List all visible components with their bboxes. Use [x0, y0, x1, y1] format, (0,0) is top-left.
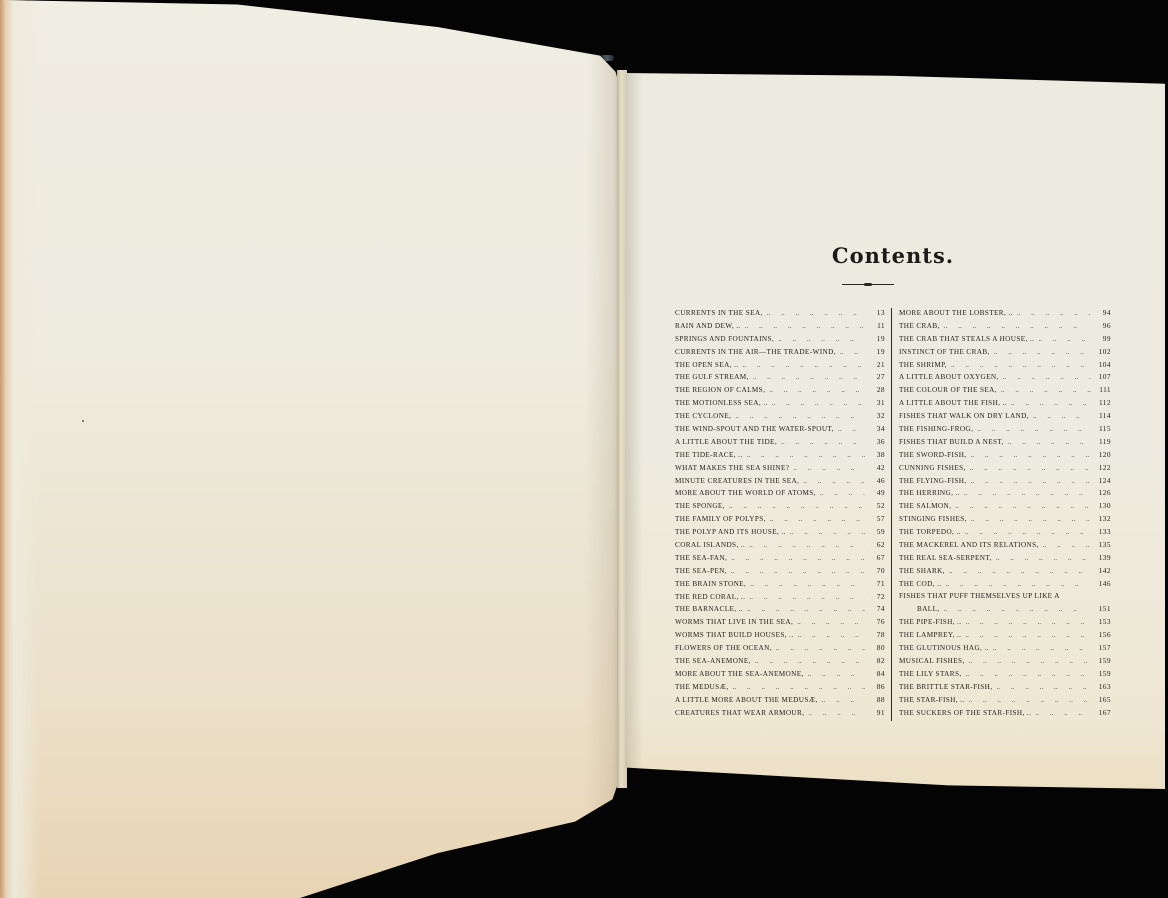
toc-entry-page: 146 [1091, 579, 1111, 588]
toc-entry: Creatures that Wear Armour,.. .. .. .. .… [675, 708, 885, 721]
toc-entry-page: 135 [1091, 540, 1111, 549]
toc-entry: Rain and Dew, .... .. .. .. .. .. .. .. … [675, 321, 885, 334]
toc-entry: The Sponge,.. .. .. .. .. .. .. .. .. ..… [675, 501, 885, 514]
toc-entry: The Tide-Race, .... .. .. .. .. .. .. ..… [675, 450, 885, 463]
toc-leader-dots: .. .. .. .. .. .. .. .. .. .. [942, 580, 1091, 588]
toc-entry-title: The Sword-Fish, [899, 451, 967, 459]
toc-entry-page: 153 [1091, 617, 1111, 626]
toc-leader-dots: .. .. .. .. .. .. .. .. .. .. [741, 322, 865, 330]
title-ornament-rule [842, 284, 894, 285]
toc-entry-page: 70 [865, 566, 885, 575]
toc-entry-page: 86 [865, 682, 885, 691]
toc-entry: The Polyp and its House, .... .. .. .. .… [675, 527, 885, 540]
toc-entry-title: The Crab that Steals a House, .. [899, 335, 1034, 343]
toc-leader-dots: .. .. .. .. .. .. .. .. .. .. [947, 361, 1091, 369]
toc-leader-dots: .. .. .. .. .. .. .. .. .. .. [967, 477, 1091, 485]
toc-entry: The Crab that Steals a House, .... .. ..… [899, 334, 1111, 347]
toc-entry-title: More about the Lobster, .. [899, 309, 1013, 317]
toc-entry: The Sword-Fish,.. .. .. .. .. .. .. .. .… [899, 450, 1111, 463]
toc-entry-title: Instinct of the Crab, [899, 348, 990, 356]
toc-entry-page: 133 [1091, 527, 1111, 536]
toc-entry: Worms that Build Houses, .... .. .. .. .… [675, 630, 885, 643]
toc-entry-title: The Lily Stars, [899, 670, 962, 678]
toc-entry: Fishes that Puff themselves up like a [899, 592, 1111, 605]
toc-entry-title: The Sea-Anemone, [675, 657, 751, 665]
toc-leader-dots: .. .. .. .. .. .. .. .. .. .. [834, 425, 865, 433]
toc-entry-title: The Glutinous Hag, .. [899, 644, 989, 652]
toc-entry-title: The Shark, [899, 567, 945, 575]
toc-leader-dots: .. .. .. .. .. .. .. .. .. .. [945, 567, 1091, 575]
toc-entry-page: 142 [1091, 566, 1111, 575]
toc-leader-dots: .. .. .. .. .. .. .. .. .. .. [729, 683, 865, 691]
toc-entry: Fishes that Build a Nest,.. .. .. .. .. … [899, 437, 1111, 450]
toc-entry: The Shark,.. .. .. .. .. .. .. .. .. ..1… [899, 566, 1111, 579]
toc-leader-dots: .. .. .. .. .. .. .. .. .. .. [749, 373, 865, 381]
toc-entry-page: 21 [865, 360, 885, 369]
toc-entry-title: Cunning Fishes, [899, 464, 966, 472]
toc-entry: The Brain Stone,.. .. .. .. .. .. .. .. … [675, 579, 885, 592]
toc-entry-title: The Lamprey, .. [899, 631, 961, 639]
toc-entry: Fishes that Walk on Dry Land,.. .. .. ..… [899, 411, 1111, 424]
toc-entry: The Glutinous Hag, .... .. .. .. .. .. .… [899, 643, 1111, 656]
toc-entry-page: 167 [1091, 708, 1111, 717]
toc-entry-title: The Barnacle, .. [675, 605, 743, 613]
toc-entry-page: 126 [1091, 488, 1111, 497]
toc-entry-page: 96 [1091, 321, 1111, 330]
toc-entry-page: 91 [865, 708, 885, 717]
toc-entry-page: 114 [1091, 411, 1111, 420]
toc-entry: The Gulf Stream,.. .. .. .. .. .. .. .. … [675, 372, 885, 385]
toc-entry-title: The Gulf Stream, [675, 373, 749, 381]
toc-leader-dots: .. .. .. .. .. .. .. .. .. .. [768, 399, 865, 407]
toc-entry: Cunning Fishes,.. .. .. .. .. .. .. .. .… [899, 463, 1111, 476]
toc-entry-title: The Suckers of the Star-Fish, .. [899, 709, 1031, 717]
toc-entry-page: 67 [865, 553, 885, 562]
toc-entry-page: 159 [1091, 669, 1111, 678]
toc-entry-page: 120 [1091, 450, 1111, 459]
toc-entry: More about the Sea-Anemone,.. .. .. .. .… [675, 669, 885, 682]
toc-entry-title: More about the Sea-Anemone, [675, 670, 804, 678]
toc-leader-dots: .. .. .. .. .. .. .. .. .. .. [997, 386, 1091, 394]
toc-entry-title: The Open Sea, .. [675, 361, 739, 369]
toc-leader-dots: .. .. .. .. .. .. .. .. .. .. [745, 593, 865, 601]
toc-entry-page: 165 [1091, 695, 1111, 704]
toc-leader-dots: .. .. .. .. .. .. .. .. .. .. [793, 618, 865, 626]
toc-leader-dots: .. .. .. .. .. .. .. .. .. .. [743, 605, 865, 613]
toc-leader-dots: .. .. .. .. .. .. .. .. .. .. [965, 696, 1091, 704]
toc-entry-title: Worms that Live in the Sea, [675, 618, 793, 626]
toc-leader-dots: .. .. .. .. .. .. .. .. .. .. [962, 670, 1091, 678]
toc-entry-title: The Brittle Star-Fish, [899, 683, 992, 691]
toc-entry: The Cyclone,.. .. .. .. .. .. .. .. .. .… [675, 411, 885, 424]
toc-entry-page: 88 [865, 695, 885, 704]
toc-entry-title: The Real Sea-Serpent, [899, 554, 992, 562]
toc-entry-title: Springs and Fountains, [675, 335, 774, 343]
toc-entry: Musical Fishes,.. .. .. .. .. .. .. .. .… [899, 656, 1111, 669]
toc-entry-title: Fishes that Build a Nest, [899, 438, 1004, 446]
toc-leader-dots: .. .. .. .. .. .. .. .. .. .. [751, 657, 865, 665]
toc-leader-dots: .. .. .. .. .. .. .. .. .. .. [940, 322, 1091, 330]
toc-entry: The Sea-Pen,.. .. .. .. .. .. .. .. .. .… [675, 566, 885, 579]
toc-entry-page: 151 [1091, 604, 1111, 613]
toc-leader-dots: .. .. .. .. .. .. .. .. .. .. [774, 335, 865, 343]
toc-entry-page: 107 [1091, 372, 1111, 381]
toc-entry-page: 19 [865, 334, 885, 343]
toc-entry: The Open Sea, .... .. .. .. .. .. .. .. … [675, 360, 885, 373]
toc-entry: What makes the Sea Shine?.. .. .. .. .. … [675, 463, 885, 476]
toc-entry-title: The Polyp and its House, .. [675, 528, 786, 536]
toc-entry-title: The Pipe-Fish, .. [899, 618, 962, 626]
toc-leader-dots: .. .. .. .. .. .. .. .. .. .. [1039, 541, 1091, 549]
toc-entry: Ball,.. .. .. .. .. .. .. .. .. ..151 [899, 604, 1111, 617]
toc-leader-dots: .. .. .. .. .. .. .. .. .. .. [794, 631, 865, 639]
toc-entry-title: The Star-Fish, .. [899, 696, 965, 704]
toc-entry-page: 104 [1091, 360, 1111, 369]
toc-entry-title: Worms that Build Houses, .. [675, 631, 794, 639]
toc-entry-page: 72 [865, 592, 885, 601]
toc-entry-page: 84 [865, 669, 885, 678]
toc-entry: Instinct of the Crab,.. .. .. .. .. .. .… [899, 347, 1111, 360]
toc-leader-dots: .. .. .. .. .. .. .. .. .. .. [967, 515, 1091, 523]
toc-entry-page: 82 [865, 656, 885, 665]
toc-entry-title: The Sea-Pen, [675, 567, 727, 575]
toc-entry-title: The Cod, .. [899, 580, 942, 588]
toc-entry-page: 111 [1091, 385, 1111, 394]
toc-entry-title: The Red Coral, .. [675, 593, 745, 601]
toc-leader-dots: .. .. .. .. .. .. .. .. .. .. [777, 438, 865, 446]
toc-leader-dots: .. .. .. .. .. .. .. .. .. .. [960, 489, 1091, 497]
toc-entry-title: Flowers of the Ocean, [675, 644, 772, 652]
toc-leader-dots: .. .. .. .. .. .. .. .. .. .. [731, 412, 865, 420]
toc-leader-dots: .. .. .. .. .. .. .. .. .. .. [765, 386, 865, 394]
toc-entry-page: 76 [865, 617, 885, 626]
toc-entry-page: 112 [1091, 398, 1111, 407]
toc-entry-page: 19 [865, 347, 885, 356]
toc-entry-title: The Mackerel and its Relations, [899, 541, 1039, 549]
toc-entry-page: 46 [865, 476, 885, 485]
toc-entry-page: 78 [865, 630, 885, 639]
toc-entry-page: 132 [1091, 514, 1111, 523]
toc-entry-page: 80 [865, 643, 885, 652]
toc-entry-page: 163 [1091, 682, 1111, 691]
toc-leader-dots: .. .. .. .. .. .. .. .. .. .. [992, 554, 1091, 562]
toc-leader-dots: .. .. .. .. .. .. .. .. .. .. [992, 683, 1091, 691]
toc-entry: The Pipe-Fish, .... .. .. .. .. .. .. ..… [899, 617, 1111, 630]
toc-entry: The Star-Fish, .... .. .. .. .. .. .. ..… [899, 695, 1111, 708]
table-of-contents: Currents in the Sea,.. .. .. .. .. .. ..… [675, 308, 1107, 721]
toc-entry-title: The Salmon, [899, 502, 951, 510]
toc-leader-dots: .. .. .. .. .. .. .. .. .. .. [1029, 412, 1091, 420]
toc-entry: The Lily Stars,.. .. .. .. .. .. .. .. .… [899, 669, 1111, 682]
toc-entry-title: What makes the Sea Shine? [675, 464, 789, 472]
toc-entry-title: The Fishing-Frog, [899, 425, 973, 433]
toc-entry-page: 13 [865, 308, 885, 317]
toc-leader-dots: .. .. .. .. .. .. .. .. .. .. [973, 425, 1091, 433]
left-blank-page [0, 0, 625, 898]
toc-entry-title: The Flying-Fish, [899, 477, 967, 485]
toc-entry-title: Currents in the Sea, [675, 309, 763, 317]
paper-spot [82, 420, 84, 422]
toc-entry: A Little More about the Medusæ,.. .. .. … [675, 695, 885, 708]
toc-entry-page: 32 [865, 411, 885, 420]
toc-entry: The Family of Polyps,.. .. .. .. .. .. .… [675, 514, 885, 527]
toc-entry-page: 119 [1091, 437, 1111, 446]
toc-entry-page: 156 [1091, 630, 1111, 639]
toc-entry-title: Ball, [899, 605, 940, 613]
toc-leader-dots: .. .. .. .. .. .. .. .. .. .. [962, 618, 1091, 626]
toc-leader-dots: .. .. .. .. .. .. .. .. .. .. [725, 502, 865, 510]
contents-page: Contents. Currents in the Sea,.. .. .. .… [625, 73, 1165, 789]
toc-column-left: Currents in the Sea,.. .. .. .. .. .. ..… [675, 308, 892, 721]
toc-entry: Minute Creatures in the Sea,.. .. .. .. … [675, 476, 885, 489]
toc-leader-dots: .. .. .. .. .. .. .. .. .. .. [999, 373, 1091, 381]
toc-leader-dots: .. .. .. .. .. .. .. .. .. .. [816, 489, 865, 497]
toc-entry-title: The Crab, [899, 322, 940, 330]
toc-entry: The Cod, .... .. .. .. .. .. .. .. .. ..… [899, 579, 1111, 592]
toc-leader-dots: .. .. .. .. .. .. .. .. .. .. [743, 451, 865, 459]
toc-entry-page: 27 [865, 372, 885, 381]
toc-entry-title: More about the World of Atoms, [675, 489, 816, 497]
toc-leader-dots: .. .. .. .. .. .. .. .. .. .. [1004, 438, 1091, 446]
toc-entry: The Motionless Sea, .... .. .. .. .. .. … [675, 398, 885, 411]
toc-entry-title: A Little about the Tide, [675, 438, 777, 446]
toc-leader-dots: .. .. .. .. .. .. .. .. .. .. [1034, 335, 1091, 343]
toc-entry: The Fishing-Frog,.. .. .. .. .. .. .. ..… [899, 424, 1111, 437]
toc-entry: The Sea-Anemone,.. .. .. .. .. .. .. .. … [675, 656, 885, 669]
toc-entry: More about the Lobster, .... .. .. .. ..… [899, 308, 1111, 321]
toc-leader-dots: .. .. .. .. .. .. .. .. .. .. [966, 464, 1091, 472]
toc-entry-title: A Little More about the Medusæ, [675, 696, 818, 704]
toc-entry: The Lamprey, .... .. .. .. .. .. .. .. .… [899, 630, 1111, 643]
toc-leader-dots: .. .. .. .. .. .. .. .. .. .. [804, 670, 865, 678]
toc-entry-title: Musical Fishes, [899, 657, 965, 665]
toc-entry-page: 36 [865, 437, 885, 446]
toc-entry-page: 130 [1091, 501, 1111, 510]
toc-entry-title: Creatures that Wear Armour, [675, 709, 804, 717]
open-book-photo: Contents. Currents in the Sea,.. .. .. .… [0, 0, 1168, 898]
toc-entry: Currents in the Air—the Trade-Wind,.. ..… [675, 347, 885, 360]
toc-leader-dots: .. .. .. .. .. .. .. .. .. .. [772, 644, 865, 652]
toc-leader-dots: .. .. .. .. .. .. .. .. .. .. [951, 502, 1091, 510]
toc-entry-title: The Wind-Spout and the Water-Spout, [675, 425, 834, 433]
toc-entry: The Mackerel and its Relations,.. .. .. … [899, 540, 1111, 553]
toc-entry-page: 115 [1091, 424, 1111, 433]
toc-entry: Stinging Fishes,.. .. .. .. .. .. .. .. … [899, 514, 1111, 527]
toc-entry-title: The Family of Polyps, [675, 515, 766, 523]
toc-entry-title: Fishes that Puff themselves up like a [899, 592, 1060, 600]
toc-entry-page: 52 [865, 501, 885, 510]
page-title: Contents. [623, 243, 1163, 268]
toc-entry-page: 31 [865, 398, 885, 407]
toc-entry-page: 11 [865, 321, 885, 330]
toc-entry-title: A Little about the Fish, .. [899, 399, 1007, 407]
toc-leader-dots: .. .. .. .. .. .. .. .. .. .. [989, 644, 1091, 652]
toc-leader-dots: .. .. .. .. .. .. .. .. .. .. [799, 477, 865, 485]
toc-entry-page: 124 [1091, 476, 1111, 485]
toc-entry-page: 34 [865, 424, 885, 433]
toc-entry: The Barnacle, .... .. .. .. .. .. .. .. … [675, 604, 885, 617]
toc-column-right: More about the Lobster, .... .. .. .. ..… [892, 308, 1111, 721]
toc-entry-page: 28 [865, 385, 885, 394]
toc-entry: The Brittle Star-Fish,.. .. .. .. .. .. … [899, 682, 1111, 695]
toc-leader-dots: .. .. .. .. .. .. .. .. .. .. [745, 541, 865, 549]
toc-entry-page: 122 [1091, 463, 1111, 472]
toc-leader-dots: .. .. .. .. .. .. .. .. .. .. [804, 709, 865, 717]
toc-leader-dots: .. .. .. .. .. .. .. .. .. .. [961, 528, 1091, 536]
toc-entry-title: The Tide-Race, .. [675, 451, 743, 459]
toc-leader-dots: .. .. .. .. .. .. .. .. .. .. [990, 348, 1091, 356]
toc-leader-dots: .. .. .. .. .. .. .. .. .. .. [818, 696, 865, 704]
toc-leader-dots: .. .. .. .. .. .. .. .. .. .. [739, 361, 866, 369]
toc-entry-page: 159 [1091, 656, 1111, 665]
toc-entry-title: A Little about Oxygen, [899, 373, 999, 381]
toc-entry: The Torpedo, .... .. .. .. .. .. .. .. .… [899, 527, 1111, 540]
toc-entry-title: The Cyclone, [675, 412, 731, 420]
toc-leader-dots: .. .. .. .. .. .. .. .. .. .. [967, 451, 1092, 459]
toc-entry-title: Currents in the Air—the Trade-Wind, [675, 348, 836, 356]
toc-leader-dots: .. .. .. .. .. .. .. .. .. .. [727, 567, 865, 575]
toc-entry-title: The Medusæ, [675, 683, 729, 691]
toc-leader-dots: .. .. .. .. .. .. .. .. .. .. [786, 528, 865, 536]
toc-entry: The Sea-Fan,.. .. .. .. .. .. .. .. .. .… [675, 553, 885, 566]
toc-entry-title: Fishes that Walk on Dry Land, [899, 412, 1029, 420]
toc-entry-page: 62 [865, 540, 885, 549]
toc-entry: The Region of Calms,.. .. .. .. .. .. ..… [675, 385, 885, 398]
toc-entry-title: The Sea-Fan, [675, 554, 727, 562]
toc-leader-dots: .. .. .. .. .. .. .. .. .. .. [763, 309, 865, 317]
toc-entry-title: The Torpedo, .. [899, 528, 961, 536]
toc-entry-title: The Motionless Sea, .. [675, 399, 768, 407]
toc-entry-page: 57 [865, 514, 885, 523]
toc-leader-dots: .. .. .. .. .. .. .. .. .. .. [965, 657, 1091, 665]
toc-leader-dots: .. .. .. .. .. .. .. .. .. .. [961, 631, 1091, 639]
toc-entry: The Shrimp,.. .. .. .. .. .. .. .. .. ..… [899, 360, 1111, 373]
toc-entry: The Crab,.. .. .. .. .. .. .. .. .. ..96 [899, 321, 1111, 334]
toc-entry: More about the World of Atoms,.. .. .. .… [675, 488, 885, 501]
toc-entry: The Flying-Fish,.. .. .. .. .. .. .. .. … [899, 476, 1111, 489]
toc-entry-page: 139 [1091, 553, 1111, 562]
toc-leader-dots: .. .. .. .. .. .. .. .. .. .. [789, 464, 865, 472]
toc-entry-title: Stinging Fishes, [899, 515, 967, 523]
toc-entry: The Real Sea-Serpent,.. .. .. .. .. .. .… [899, 553, 1111, 566]
toc-entry: The Wind-Spout and the Water-Spout,.. ..… [675, 424, 885, 437]
toc-leader-dots: .. .. .. .. .. .. .. .. .. .. [766, 515, 865, 523]
toc-entry: The Colour of the Sea,.. .. .. .. .. .. … [899, 385, 1111, 398]
toc-entry: A Little about the Tide,.. .. .. .. .. .… [675, 437, 885, 450]
toc-entry-page: 74 [865, 604, 885, 613]
toc-entry-title: The Sponge, [675, 502, 725, 510]
toc-entry-title: The Brain Stone, [675, 580, 746, 588]
toc-entry-title: The Shrimp, [899, 361, 947, 369]
toc-entry: Currents in the Sea,.. .. .. .. .. .. ..… [675, 308, 885, 321]
toc-leader-dots: .. .. .. .. .. .. .. .. .. .. [1013, 309, 1091, 317]
toc-entry-title: Rain and Dew, .. [675, 322, 741, 330]
toc-leader-dots: .. .. .. .. .. .. .. .. .. .. [746, 580, 865, 588]
toc-entry: Springs and Fountains,.. .. .. .. .. .. … [675, 334, 885, 347]
toc-entry-page: 99 [1091, 334, 1111, 343]
toc-entry-title: The Colour of the Sea, [899, 386, 997, 394]
toc-leader-dots: .. .. .. .. .. .. .. .. .. .. [1007, 399, 1091, 407]
toc-entry-page: 38 [865, 450, 885, 459]
toc-entry: The Herring, .... .. .. .. .. .. .. .. .… [899, 488, 1111, 501]
toc-entry: Coral Islands, .... .. .. .. .. .. .. ..… [675, 540, 885, 553]
toc-entry: A Little about the Fish, .... .. .. .. .… [899, 398, 1111, 411]
toc-entry-title: Minute Creatures in the Sea, [675, 477, 799, 485]
toc-entry-page: 102 [1091, 347, 1111, 356]
toc-entry: Worms that Live in the Sea,.. .. .. .. .… [675, 617, 885, 630]
toc-entry: Flowers of the Ocean,.. .. .. .. .. .. .… [675, 643, 885, 656]
toc-entry-page: 59 [865, 527, 885, 536]
toc-entry-page: 157 [1091, 643, 1111, 652]
toc-entry: A Little about Oxygen,.. .. .. .. .. .. … [899, 372, 1111, 385]
toc-entry-page: 42 [865, 463, 885, 472]
toc-leader-dots: .. .. .. .. .. .. .. .. .. .. [836, 348, 865, 356]
toc-entry-title: Coral Islands, .. [675, 541, 745, 549]
toc-entry: The Medusæ,.. .. .. .. .. .. .. .. .. ..… [675, 682, 885, 695]
toc-entry-page: 71 [865, 579, 885, 588]
toc-leader-dots: .. .. .. .. .. .. .. .. .. .. [1031, 709, 1091, 717]
toc-leader-dots: .. .. .. .. .. .. .. .. .. .. [727, 554, 865, 562]
toc-entry-page: 49 [865, 488, 885, 497]
toc-entry-title: The Herring, .. [899, 489, 960, 497]
toc-entry-title: The Region of Calms, [675, 386, 765, 394]
toc-entry: The Salmon,.. .. .. .. .. .. .. .. .. ..… [899, 501, 1111, 514]
toc-entry: The Suckers of the Star-Fish, .... .. ..… [899, 708, 1111, 721]
toc-leader-dots: .. .. .. .. .. .. .. .. .. .. [940, 605, 1091, 613]
toc-entry: The Red Coral, .... .. .. .. .. .. .. ..… [675, 592, 885, 605]
toc-entry-page: 94 [1091, 308, 1111, 317]
